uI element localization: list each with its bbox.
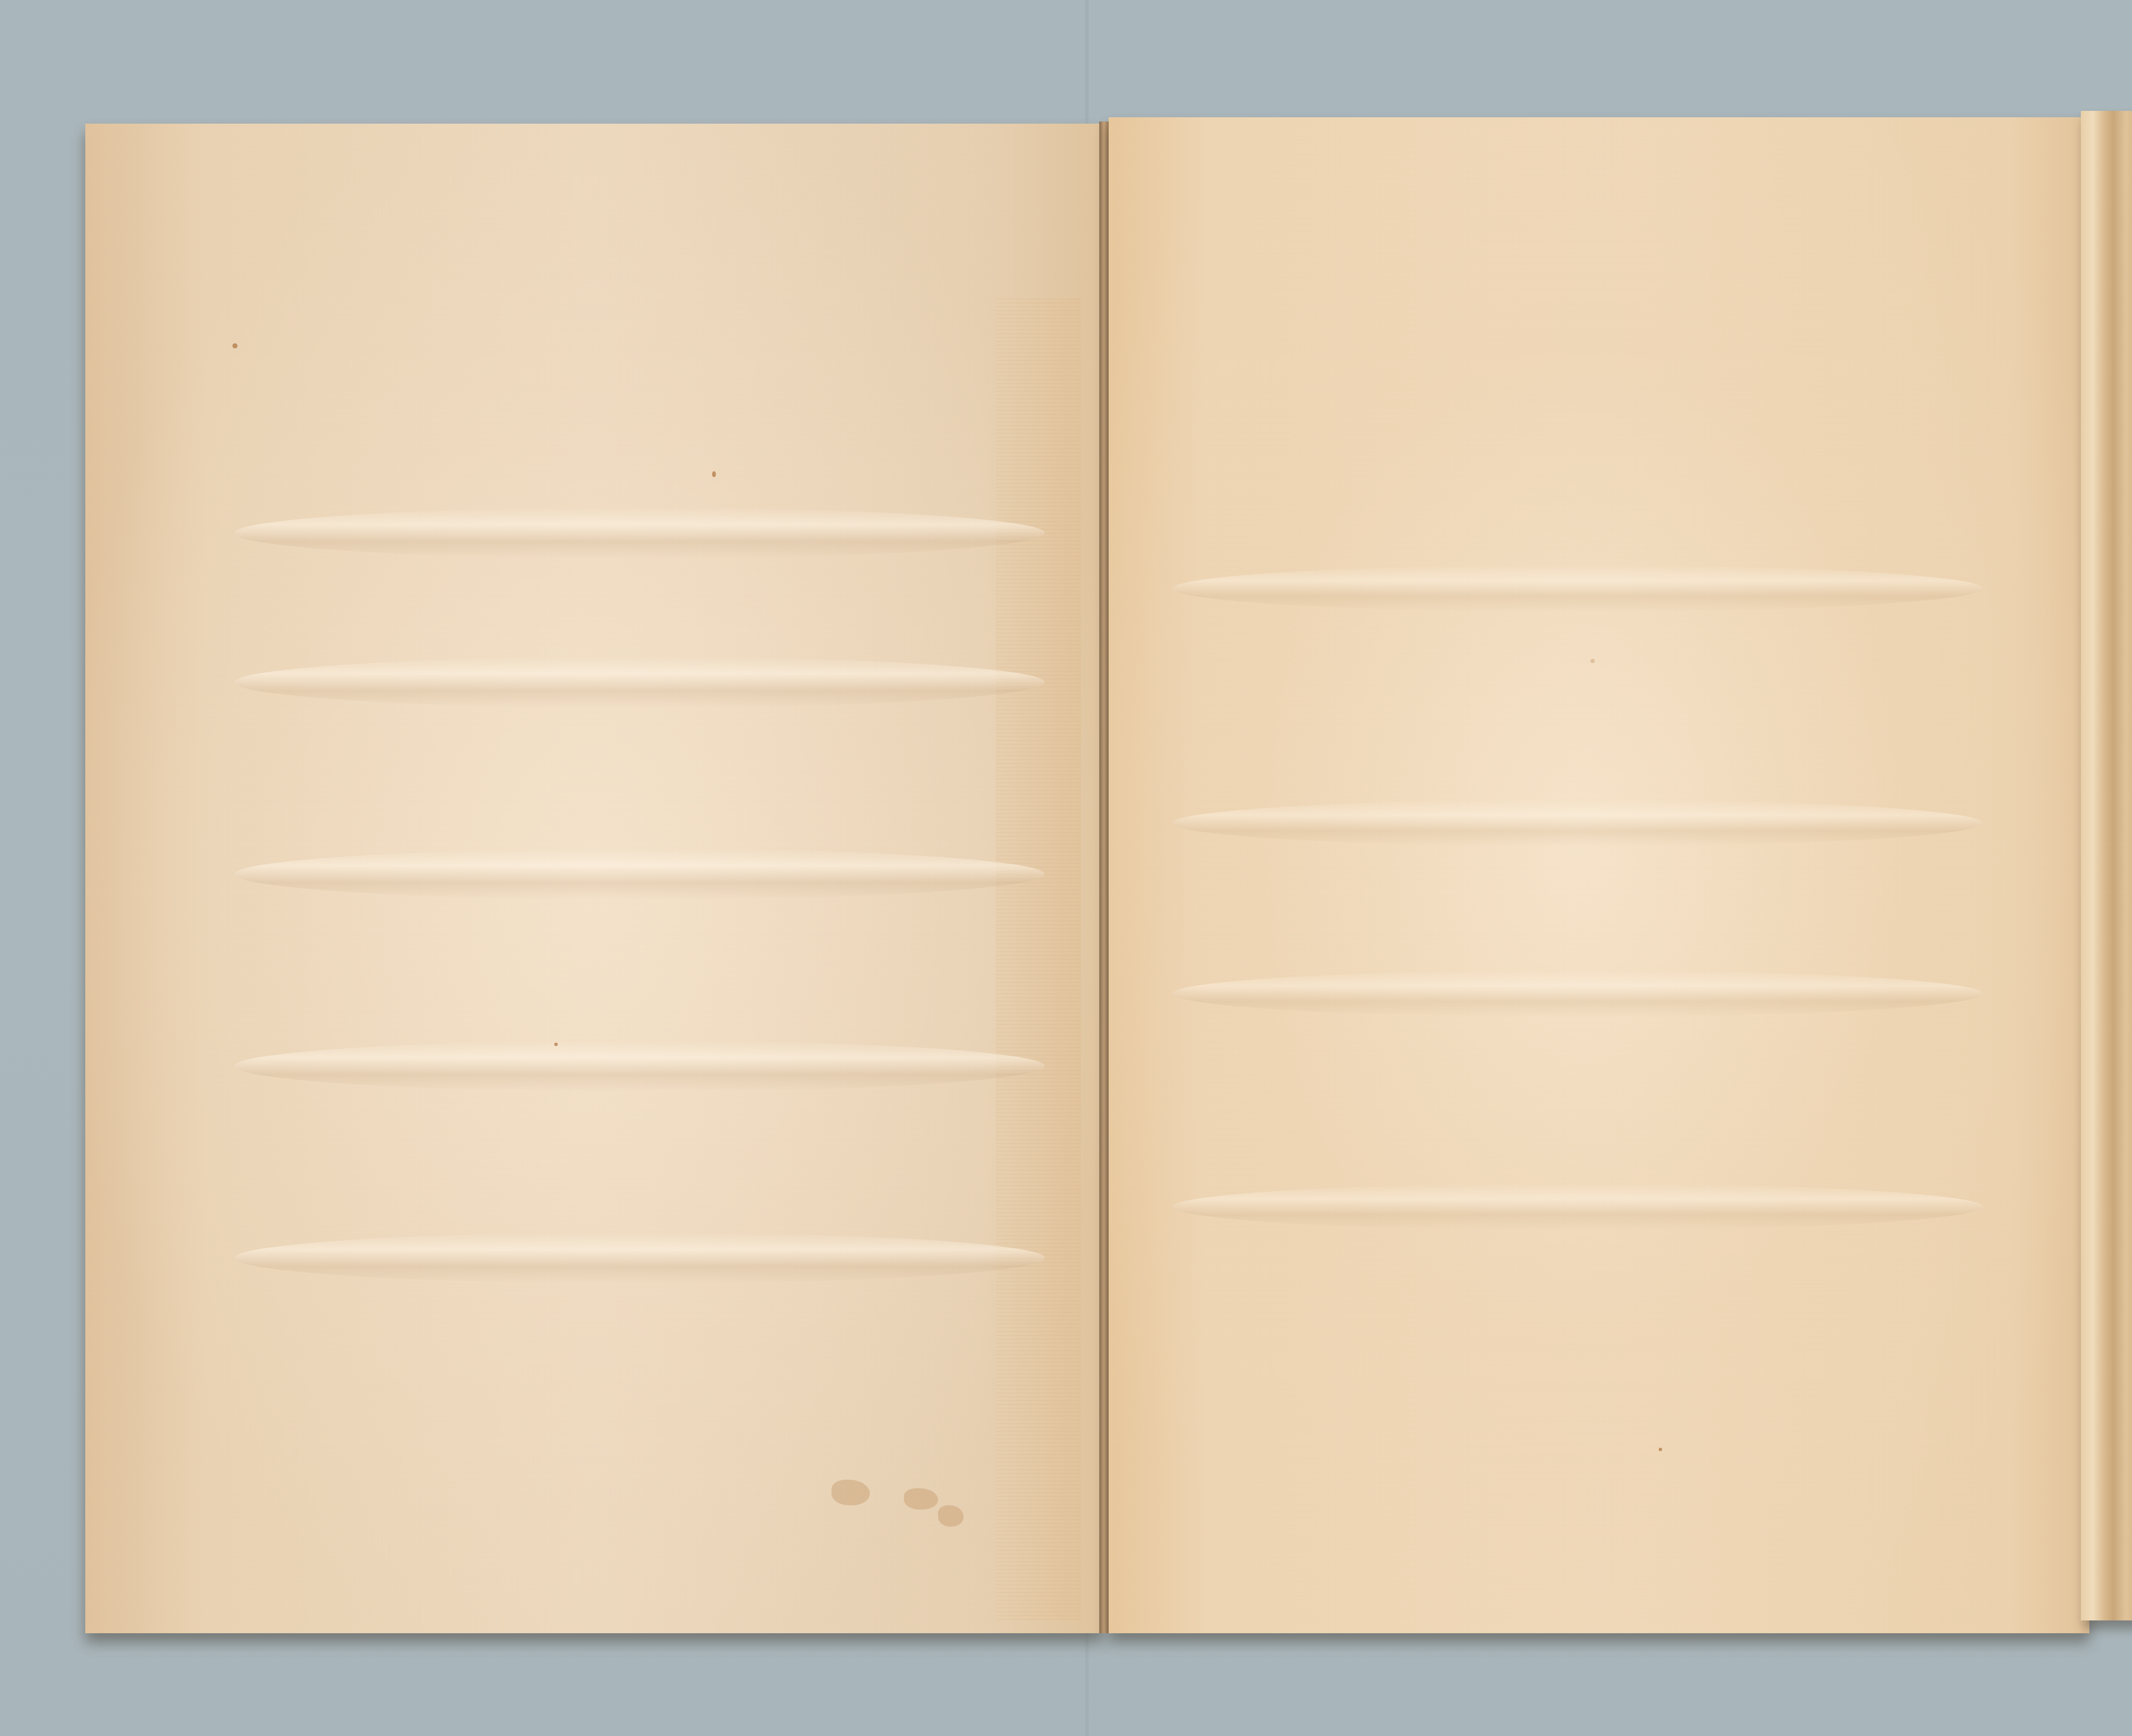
paper-ripple: [1173, 800, 1983, 846]
foxing-spot: [554, 1043, 558, 1046]
left-page: [85, 124, 1102, 1633]
foxing-spot: [712, 471, 716, 477]
paper-ripple: [1173, 1183, 1983, 1230]
paper-ripple: [235, 657, 1045, 708]
page-block-edges: [2081, 111, 2132, 1620]
paper-ripple: [1173, 565, 1983, 612]
paper-ripple: [235, 849, 1045, 900]
foxing-spot: [1659, 1448, 1662, 1451]
foxing-spot: [1590, 659, 1595, 663]
foxing-spot: [232, 343, 238, 348]
hinge-strip: [996, 299, 1081, 1620]
water-stain: [938, 1505, 964, 1527]
water-stain: [831, 1480, 870, 1505]
paper-ripple: [235, 1040, 1045, 1092]
right-page: [1109, 117, 2089, 1633]
paper-ripple: [235, 1232, 1045, 1284]
water-stain: [904, 1488, 938, 1510]
book-gutter: [1099, 122, 1109, 1633]
paper-ripple: [1173, 970, 1983, 1017]
paper-ripple: [235, 507, 1045, 559]
